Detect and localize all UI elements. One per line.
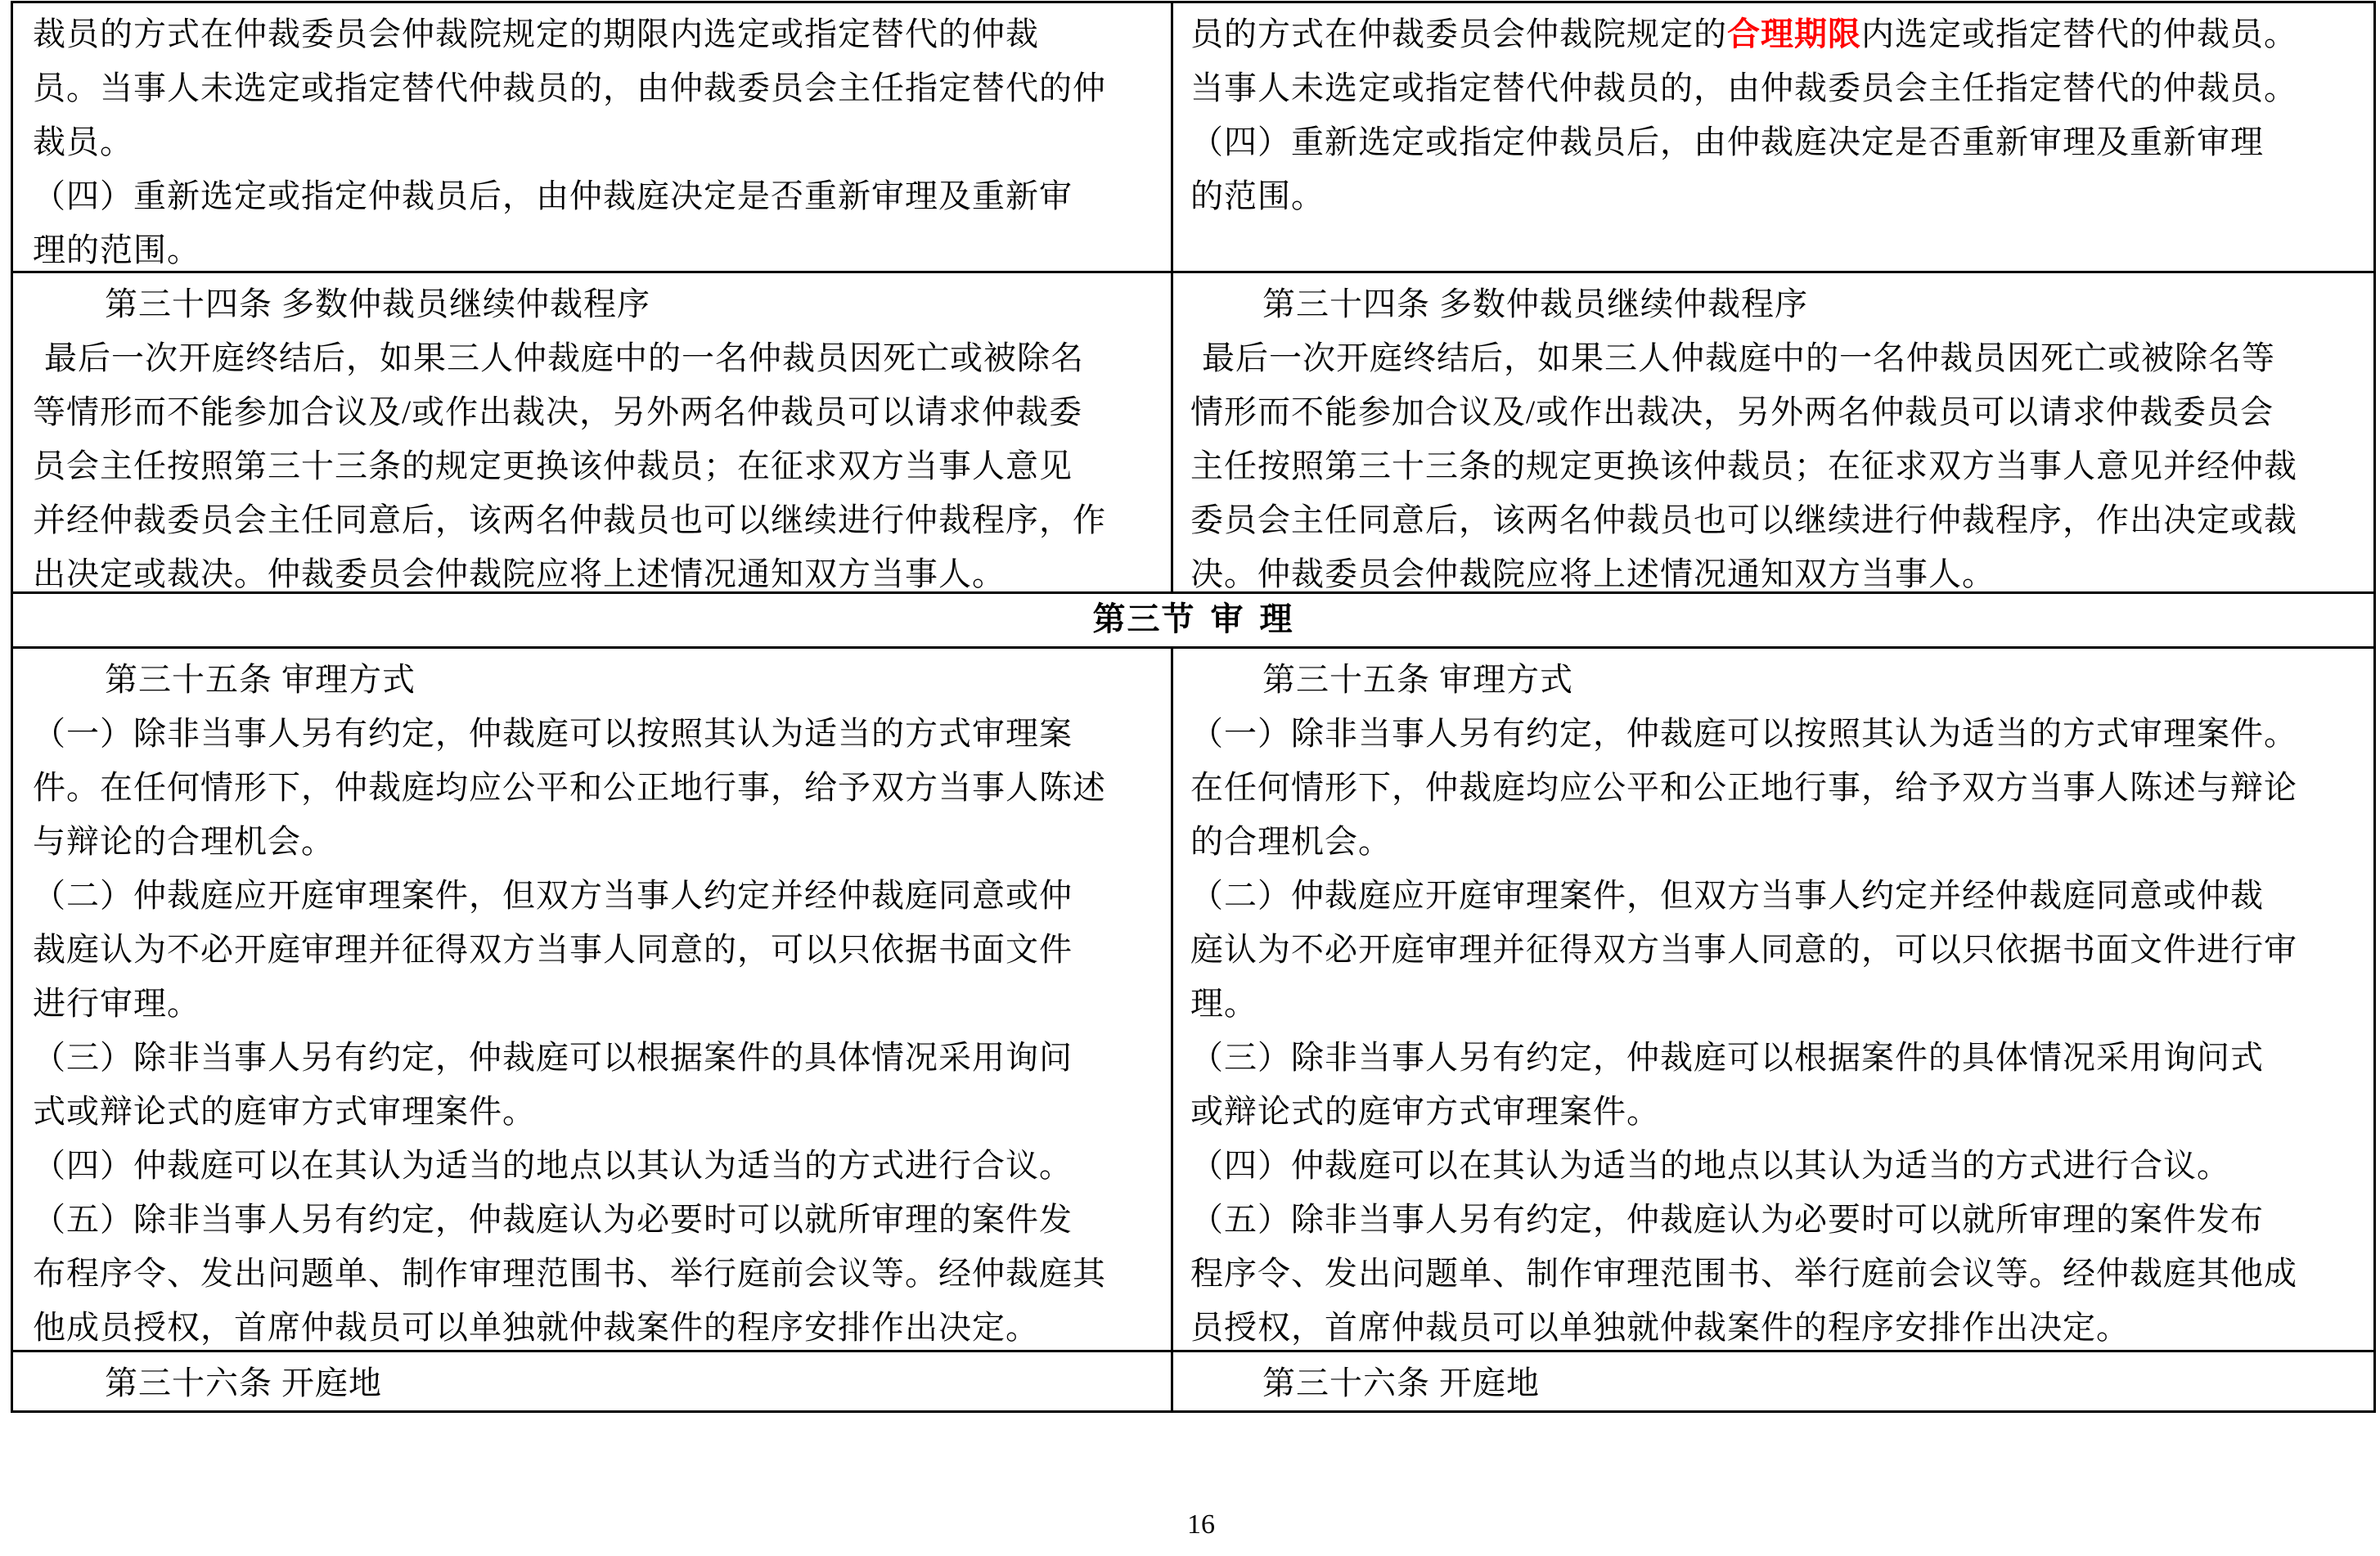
old-text-cell: 第三十六条 开庭地 (13, 1352, 1173, 1410)
text-line: （三）除非当事人另有约定，仲裁庭可以根据案件的具体情况采用询问 (33, 1031, 1171, 1085)
comparison-table: 裁员的方式在仲裁委员会仲裁院规定的期限内选定或指定替代的仲裁 员。当事人未选定或… (11, 1, 2376, 1413)
text-line: 最后一次开庭终结后，如果三人仲裁庭中的一名仲裁员因死亡或被除名等 (1190, 331, 2373, 385)
article-heading: 第三十四条 多数仲裁员继续仲裁程序 (1190, 277, 2373, 331)
text-line: 的合理机会。 (1190, 815, 2373, 869)
highlighted-change: 合理期限 (1727, 16, 1861, 52)
article-heading: 第三十五条 审理方式 (1190, 653, 2373, 707)
text-line: 最后一次开庭终结后，如果三人仲裁庭中的一名仲裁员因死亡或被除名 (33, 331, 1171, 385)
table-row-article-35: 第三十五条 审理方式 （一）除非当事人另有约定，仲裁庭可以按照其认为适当的方式审… (13, 646, 2373, 1350)
text-line: 情形而不能参加合议及/或作出裁决，另外两名仲裁员可以请求仲裁委员会 (1190, 385, 2373, 439)
text-line: （四）仲裁庭可以在其认为适当的地点以其认为适当的方式进行合议。 (1190, 1139, 2373, 1193)
text-line: 件。在任何情形下，仲裁庭均应公平和公正地行事，给予双方当事人陈述 (33, 761, 1171, 815)
text-line: 裁庭认为不必开庭审理并征得双方当事人同意的，可以只依据书面文件 (33, 923, 1171, 977)
text-line: （四）仲裁庭可以在其认为适当的地点以其认为适当的方式进行合议。 (33, 1139, 1171, 1193)
old-text-cell: 第三十四条 多数仲裁员继续仲裁程序 最后一次开庭终结后，如果三人仲裁庭中的一名仲… (13, 273, 1173, 591)
new-text-cell: 第三十四条 多数仲裁员继续仲裁程序 最后一次开庭终结后，如果三人仲裁庭中的一名仲… (1173, 273, 2373, 591)
text-line: 委员会主任同意后，该两名仲裁员也可以继续进行仲裁程序，作出决定或裁 (1190, 493, 2373, 547)
text-line: （五）除非当事人另有约定，仲裁庭认为必要时可以就所审理的案件发布 (1190, 1193, 2373, 1247)
table-row-article-33-continued: 裁员的方式在仲裁委员会仲裁院规定的期限内选定或指定替代的仲裁 员。当事人未选定或… (13, 3, 2373, 271)
text-line: （三）除非当事人另有约定，仲裁庭可以根据案件的具体情况采用询问式 (1190, 1031, 2373, 1085)
text-line: 在任何情形下，仲裁庭均应公平和公正地行事，给予双方当事人陈述与辩论 (1190, 761, 2373, 815)
text-line: （一）除非当事人另有约定，仲裁庭可以按照其认为适当的方式审理案件。 (1190, 707, 2373, 761)
text-line: 主任按照第三十三条的规定更换该仲裁员；在征求双方当事人意见并经仲裁 (1190, 439, 2373, 493)
text-line: 布程序令、发出问题单、制作审理范围书、举行庭前会议等。经仲裁庭其 (33, 1247, 1171, 1301)
text-line: 员授权，首席仲裁员可以单独就仲裁案件的程序安排作出决定。 (1190, 1301, 2373, 1355)
table-row-article-36: 第三十六条 开庭地 第三十六条 开庭地 (13, 1350, 2373, 1410)
old-text-cell: 裁员的方式在仲裁委员会仲裁院规定的期限内选定或指定替代的仲裁 员。当事人未选定或… (13, 3, 1173, 271)
text-segment: 内选定或指定替代的仲裁员。 (1861, 16, 2297, 52)
text-line: 裁员的方式在仲裁委员会仲裁院规定的期限内选定或指定替代的仲裁 (33, 7, 1171, 61)
text-line: 式或辩论式的庭审方式审理案件。 (33, 1085, 1171, 1139)
text-line: 程序令、发出问题单、制作审理范围书、举行庭前会议等。经仲裁庭其他成 (1190, 1247, 2373, 1301)
old-text-cell: 第三十五条 审理方式 （一）除非当事人另有约定，仲裁庭可以按照其认为适当的方式审… (13, 649, 1173, 1350)
text-line: （一）除非当事人另有约定，仲裁庭可以按照其认为适当的方式审理案 (33, 707, 1171, 761)
text-line: （二）仲裁庭应开庭审理案件，但双方当事人约定并经仲裁庭同意或仲 (33, 869, 1171, 923)
text-line: 决。仲裁委员会仲裁院应将上述情况通知双方当事人。 (1190, 547, 2373, 601)
section-title: 第三节 审 理 (1093, 594, 1294, 646)
text-line: 庭认为不必开庭审理并征得双方当事人同意的，可以只依据书面文件进行审 (1190, 923, 2373, 977)
text-line: 出决定或裁决。仲裁委员会仲裁院应将上述情况通知双方当事人。 (33, 547, 1171, 601)
text-line: 员会主任按照第三十三条的规定更换该仲裁员；在征求双方当事人意见 (33, 439, 1171, 493)
table-row-article-34: 第三十四条 多数仲裁员继续仲裁程序 最后一次开庭终结后，如果三人仲裁庭中的一名仲… (13, 271, 2373, 591)
article-heading: 第三十六条 开庭地 (1190, 1356, 2373, 1410)
text-line: 员的方式在仲裁委员会仲裁院规定的合理期限内选定或指定替代的仲裁员。 (1190, 7, 2373, 61)
text-line: 当事人未选定或指定替代仲裁员的，由仲裁委员会主任指定替代的仲裁员。 (1190, 61, 2373, 115)
text-line: 并经仲裁委员会主任同意后，该两名仲裁员也可以继续进行仲裁程序，作 (33, 493, 1171, 547)
page-number: 16 (0, 1509, 2380, 1540)
text-line: （五）除非当事人另有约定，仲裁庭认为必要时可以就所审理的案件发 (33, 1193, 1171, 1247)
text-line: 理。 (1190, 977, 2373, 1031)
new-text-cell: 员的方式在仲裁委员会仲裁院规定的合理期限内选定或指定替代的仲裁员。 当事人未选定… (1173, 3, 2373, 271)
article-heading: 第三十五条 审理方式 (33, 653, 1171, 707)
article-heading: 第三十四条 多数仲裁员继续仲裁程序 (33, 277, 1171, 331)
text-line: 理的范围。 (33, 223, 1171, 277)
article-heading: 第三十六条 开庭地 (33, 1356, 1171, 1410)
text-line: 与辩论的合理机会。 (33, 815, 1171, 869)
text-line: 裁员。 (33, 115, 1171, 169)
text-line: （二）仲裁庭应开庭审理案件，但双方当事人约定并经仲裁庭同意或仲裁 (1190, 869, 2373, 923)
text-line: 他成员授权，首席仲裁员可以单独就仲裁案件的程序安排作出决定。 (33, 1301, 1171, 1355)
text-line: 等情形而不能参加合议及/或作出裁决，另外两名仲裁员可以请求仲裁委 (33, 385, 1171, 439)
text-line: 的范围。 (1190, 169, 2373, 223)
text-line: 进行审理。 (33, 977, 1171, 1031)
text-line: （四）重新选定或指定仲裁员后，由仲裁庭决定是否重新审理及重新审 (33, 169, 1171, 223)
text-line: 或辩论式的庭审方式审理案件。 (1190, 1085, 2373, 1139)
new-text-cell: 第三十六条 开庭地 (1173, 1352, 2373, 1410)
text-segment: 员的方式在仲裁委员会仲裁院规定的 (1190, 16, 1727, 52)
new-text-cell: 第三十五条 审理方式 （一）除非当事人另有约定，仲裁庭可以按照其认为适当的方式审… (1173, 649, 2373, 1350)
text-line: （四）重新选定或指定仲裁员后，由仲裁庭决定是否重新审理及重新审理 (1190, 115, 2373, 169)
text-line: 员。当事人未选定或指定替代仲裁员的，由仲裁委员会主任指定替代的仲 (33, 61, 1171, 115)
